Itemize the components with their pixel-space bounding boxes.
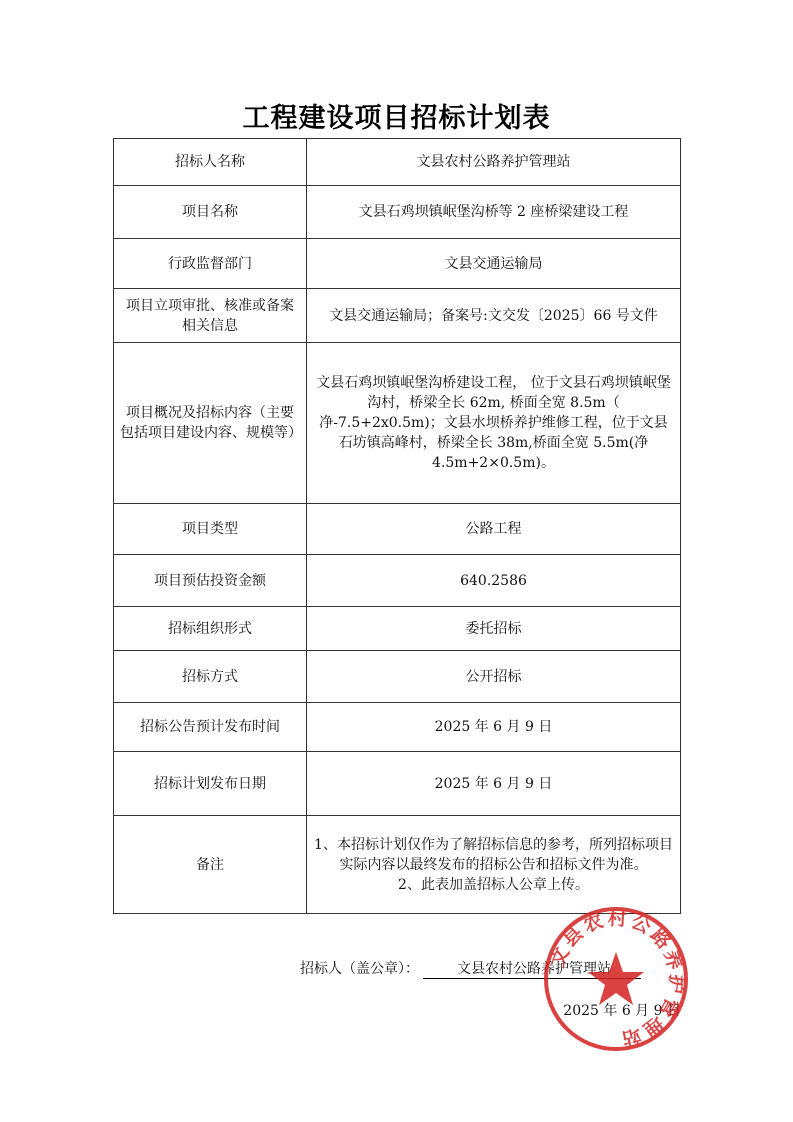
- table-row: 项目类型 公路工程: [114, 504, 681, 555]
- tender-plan-table: 招标人名称 文县农村公路养护管理站 项目名称 文县石鸡坝镇岷堡沟桥等 2 座桥梁…: [113, 138, 681, 914]
- row-label-project-name: 项目名称: [114, 186, 307, 239]
- row-value-supervisor: 文县交通运输局: [307, 239, 681, 289]
- signer-label: 招标人（盖公章）：: [300, 961, 419, 977]
- table-row: 行政监督部门 文县交通运输局: [114, 239, 681, 289]
- official-seal-icon: 文县农村公路养护管理站: [541, 904, 691, 1054]
- row-label-project-type: 项目类型: [114, 504, 307, 555]
- row-value-method: 公开招标: [307, 651, 681, 703]
- row-value-plan-date: 2025 年 6 月 9 日: [307, 752, 681, 816]
- row-value-org-form: 委托招标: [307, 607, 681, 651]
- remark-item-1: 1、本招标计划仅作为了解招标信息的参考，所列招标项目实际内容以最终发布的招标公告…: [313, 835, 674, 875]
- row-value-investment: 640.2586: [307, 555, 681, 607]
- row-value-overview: 文县石鸡坝镇岷堡沟桥建设工程， 位于文县石鸡坝镇岷堡沟村，桥梁全长 62m, 桥…: [307, 343, 681, 504]
- row-value-notice-time: 2025 年 6 月 9 日: [307, 703, 681, 752]
- table-row: 项目概况及招标内容（主要包括项目建设内容、规模等） 文县石鸡坝镇岷堡沟桥建设工程…: [114, 343, 681, 504]
- page-title: 工程建设项目招标计划表: [0, 96, 793, 135]
- row-label-supervisor: 行政监督部门: [114, 239, 307, 289]
- row-label-plan-date: 招标计划发布日期: [114, 752, 307, 816]
- row-label-investment: 项目预估投资金额: [114, 555, 307, 607]
- table-row: 项目名称 文县石鸡坝镇岷堡沟桥等 2 座桥梁建设工程: [114, 186, 681, 239]
- row-value-project-type: 公路工程: [307, 504, 681, 555]
- table-row: 招标计划发布日期 2025 年 6 月 9 日: [114, 752, 681, 816]
- row-value-project-name: 文县石鸡坝镇岷堡沟桥等 2 座桥梁建设工程: [307, 186, 681, 239]
- table-row: 招标公告预计发布时间 2025 年 6 月 9 日: [114, 703, 681, 752]
- row-label-method: 招标方式: [114, 651, 307, 703]
- row-label-notice-time: 招标公告预计发布时间: [114, 703, 307, 752]
- row-label-approval: 项目立项审批、核准或备案相关信息: [114, 289, 307, 343]
- table-row: 项目立项审批、核准或备案相关信息 文县交通运输局；备案号:文交发〔2025〕66…: [114, 289, 681, 343]
- row-label-tenderer: 招标人名称: [114, 139, 307, 186]
- table-row: 招标人名称 文县农村公路养护管理站: [114, 139, 681, 186]
- row-value-approval: 文县交通运输局；备案号:文交发〔2025〕66 号文件: [307, 289, 681, 343]
- table-row: 备注 1、本招标计划仅作为了解招标信息的参考，所列招标项目实际内容以最终发布的招…: [114, 816, 681, 914]
- row-label-org-form: 招标组织形式: [114, 607, 307, 651]
- row-label-remarks: 备注: [114, 816, 307, 914]
- row-value-remarks: 1、本招标计划仅作为了解招标信息的参考，所列招标项目实际内容以最终发布的招标公告…: [307, 816, 681, 914]
- table-row: 项目预估投资金额 640.2586: [114, 555, 681, 607]
- table-row: 招标方式 公开招标: [114, 651, 681, 703]
- remark-item-2: 2、此表加盖招标人公章上传。: [313, 875, 674, 895]
- row-value-tenderer: 文县农村公路养护管理站: [307, 139, 681, 186]
- table-row: 招标组织形式 委托招标: [114, 607, 681, 651]
- row-label-overview: 项目概况及招标内容（主要包括项目建设内容、规模等）: [114, 343, 307, 504]
